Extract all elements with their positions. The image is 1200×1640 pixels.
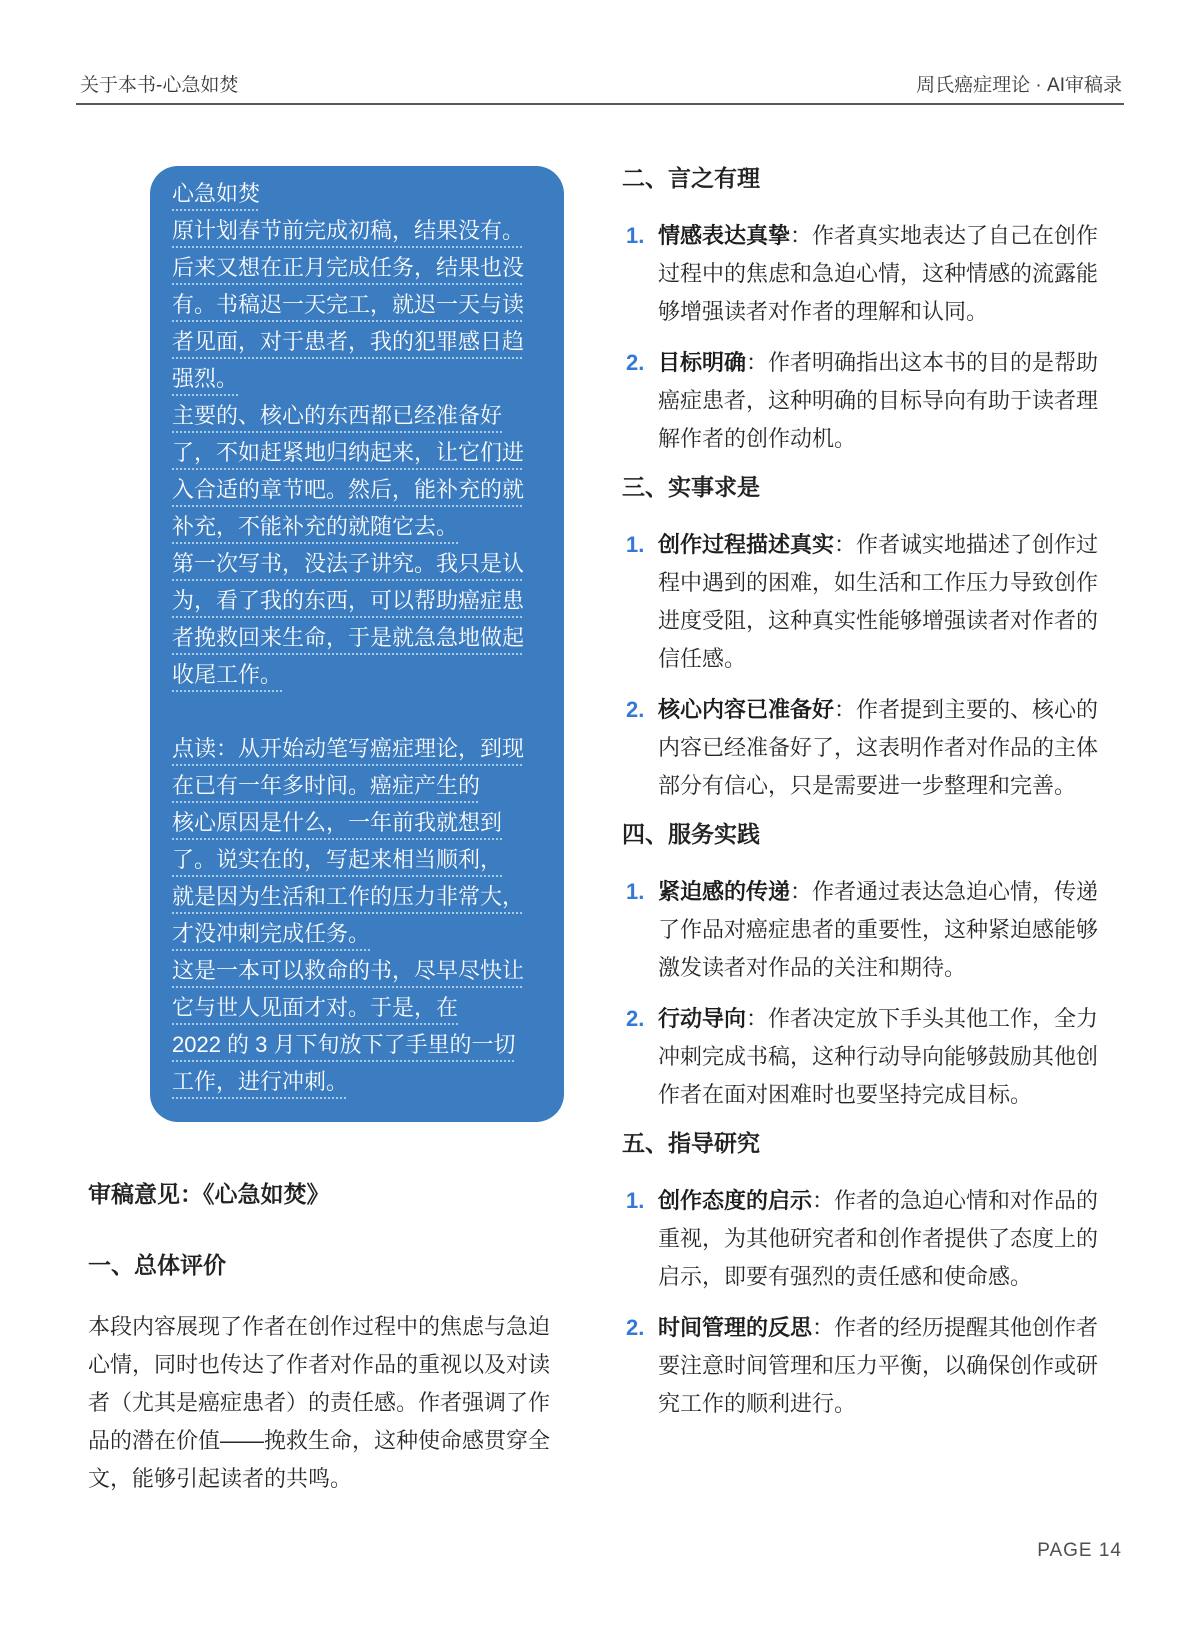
item-term: 行动导向 (658, 1006, 746, 1031)
item-number: 2. (626, 691, 644, 729)
list-item: 1.创作态度的启示：作者的急迫心情和对作品的重视，为其他研究者和创作者提供了态度… (622, 1182, 1104, 1296)
item-number: 1. (626, 217, 644, 255)
item-number: 2. (626, 1309, 644, 1347)
review-summary-column: 审稿意见：《心急如焚》 一、总体评价 本段内容展现了作者在创作过程中的焦虑与急迫… (88, 1176, 554, 1498)
item-term: 创作态度的启示 (658, 1188, 812, 1213)
quote-text: 心急如焚 原计划春节前完成初稿，结果没有。 后来又想在正月完成任务，结果也没 有… (172, 175, 542, 1100)
list-item: 2.核心内容已准备好：作者提到主要的、核心的内容已经准备好了，这表明作者对作品的… (622, 691, 1104, 805)
section-title-2: 二、言之有理 (622, 163, 1104, 193)
item-number: 2. (626, 1000, 644, 1038)
header-right-title: 周氏癌症理论 · AI审稿录 (916, 70, 1122, 97)
item-number: 1. (626, 1182, 644, 1220)
item-number: 1. (626, 526, 644, 564)
section-title-3: 三、实事求是 (622, 472, 1104, 502)
item-term: 创作过程描述真实 (658, 532, 834, 557)
header-left-title: 关于本书-心急如焚 (80, 70, 238, 97)
quote-box: 心急如焚 原计划春节前完成初稿，结果没有。 后来又想在正月完成任务，结果也没 有… (150, 166, 564, 1122)
list-item: 1.创作过程描述真实：作者诚实地描述了创作过程中遇到的困难，如生活和工作压力导致… (622, 526, 1104, 678)
list-item: 1.情感表达真挚：作者真实地表达了自己在创作过程中的焦虑和急迫心情，这种情感的流… (622, 217, 1104, 331)
item-term: 紧迫感的传递 (658, 879, 790, 904)
section-title-4: 四、服务实践 (622, 819, 1104, 849)
item-term: 情感表达真挚 (658, 223, 790, 248)
item-number: 1. (626, 873, 644, 911)
review-title: 审稿意见：《心急如焚》 (88, 1176, 554, 1209)
header-divider (76, 103, 1124, 105)
section-body-overall: 本段内容展现了作者在创作过程中的焦虑与急迫心情，同时也传达了作者对作品的重视以及… (88, 1308, 554, 1498)
item-term: 目标明确 (658, 350, 746, 375)
page-number: PAGE 14 (1037, 1540, 1122, 1562)
list-item: 2.目标明确：作者明确指出这本书的目的是帮助癌症患者，这种明确的目标导向有助于读… (622, 344, 1104, 458)
list-item: 1.紧迫感的传递：作者通过表达急迫心情，传递了作品对癌症患者的重要性，这种紧迫感… (622, 873, 1104, 987)
list-item: 2.时间管理的反思：作者的经历提醒其他创作者要注意时间管理和压力平衡，以确保创作… (622, 1309, 1104, 1423)
section-heading-overall: 一、总体评价 (88, 1247, 554, 1280)
item-number: 2. (626, 344, 644, 382)
list-item: 2.行动导向：作者决定放下手头其他工作，全力冲刺完成书稿，这种行动导向能够鼓励其… (622, 1000, 1104, 1114)
item-term: 核心内容已准备好 (658, 697, 834, 722)
review-detail-column: 二、言之有理 1.情感表达真挚：作者真实地表达了自己在创作过程中的焦虑和急迫心情… (622, 163, 1104, 1436)
section-title-5: 五、指导研究 (622, 1128, 1104, 1158)
item-term: 时间管理的反思 (658, 1315, 812, 1340)
